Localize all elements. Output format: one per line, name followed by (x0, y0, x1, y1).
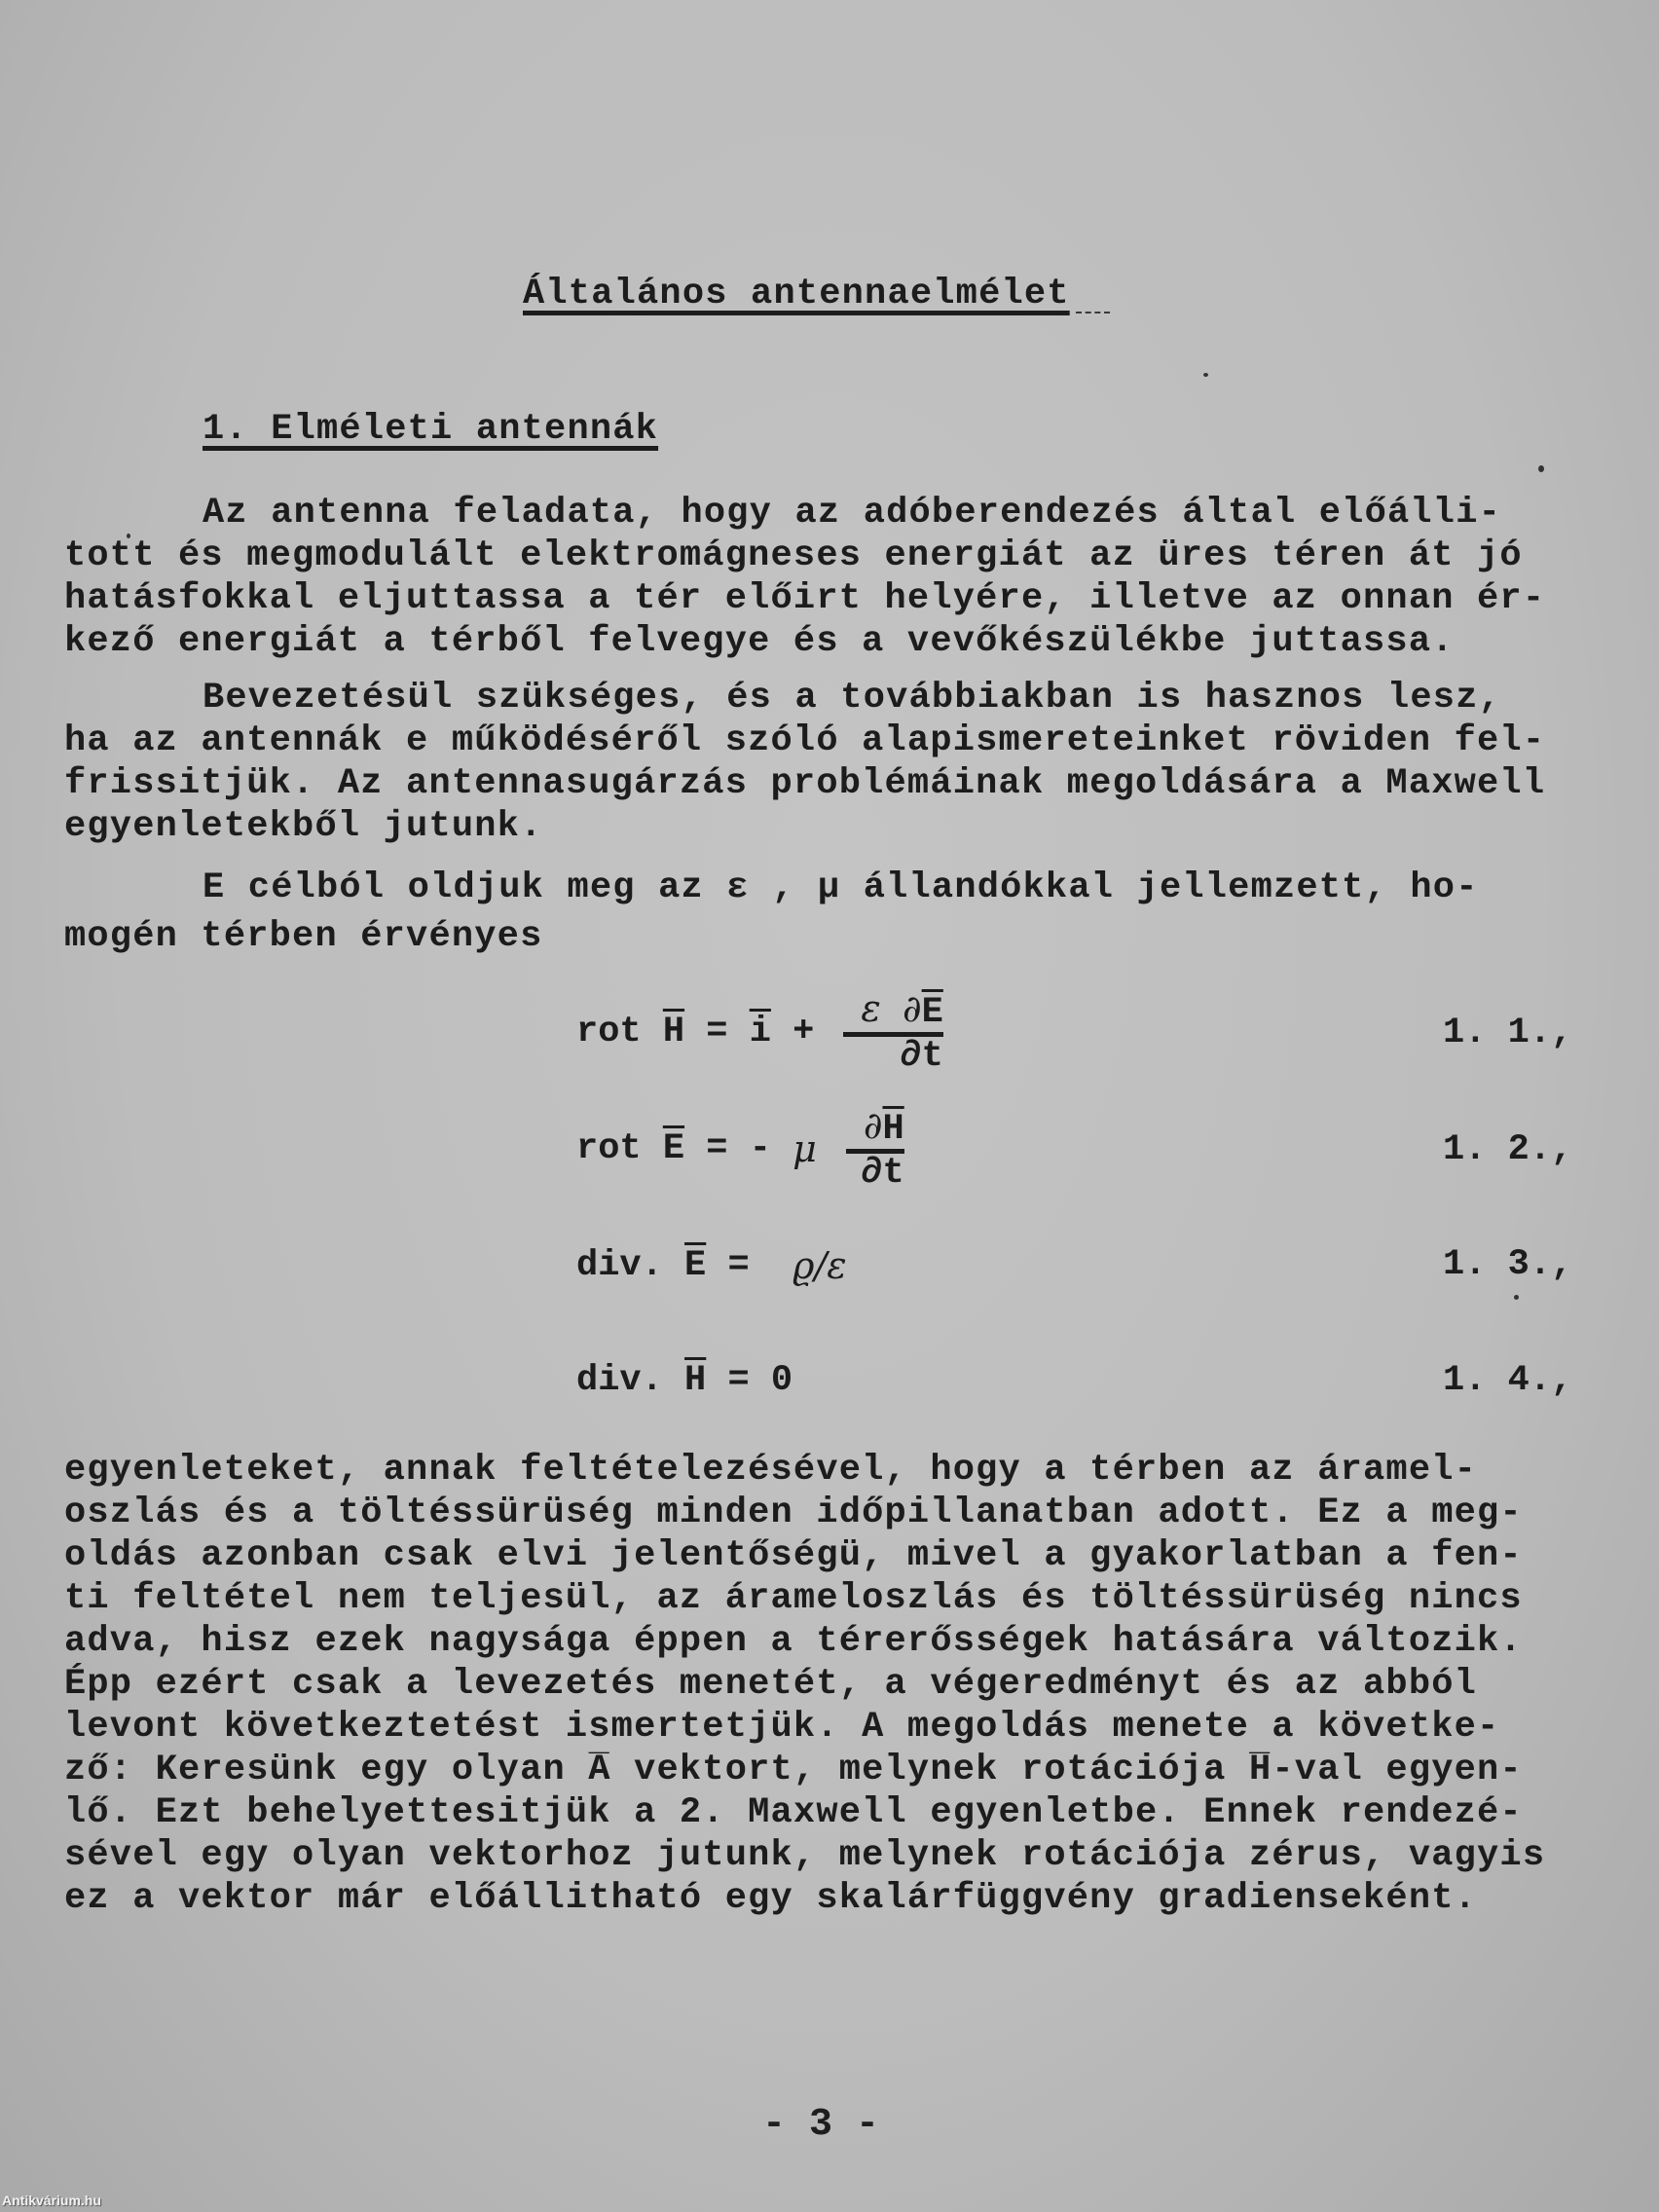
paper-speck (1514, 1295, 1519, 1300)
eq-lhs: rot (576, 1128, 642, 1169)
equation-1-1: rot H = i + ε ∂E ∂t (576, 993, 943, 1071)
paragraph-2-line: ha az antennák e működéséről szóló alapi… (64, 719, 1545, 762)
closing-paragraph-line: oldás azonban csak elvi jelentőségü, miv… (64, 1534, 1523, 1577)
eq-greek-epsilon: ε (861, 987, 880, 1030)
paragraph-2-line: egyenletekből jutunk. (64, 805, 542, 848)
paragraph-3-line: E célból oldjuk meg az ε , μ állandókkal… (203, 866, 1479, 909)
eq-frac-vector: H (882, 1109, 903, 1150)
eq-lhs: rot (576, 1012, 642, 1052)
paper-speck (127, 534, 130, 538)
eq-fraction: ε ∂E ∂t (843, 991, 943, 1074)
eq-lhs: div. (576, 1360, 663, 1401)
closing-paragraph-line: levont következtetést ismertetjük. A meg… (64, 1706, 1499, 1749)
eq-lhs-vector: E (684, 1245, 706, 1286)
eq-denominator: ∂t (900, 1037, 942, 1074)
eq-lhs-vector: H (684, 1360, 706, 1401)
eq-partial: ∂ (903, 987, 922, 1030)
equation-number: 1. 1., (1443, 1013, 1572, 1053)
eq-rho-over-epsilon: ϱ/ε (793, 1244, 847, 1287)
closing-paragraph-line: ti feltétel nem teljesül, az árameloszlá… (64, 1577, 1523, 1620)
eq-operator: = - (706, 1128, 793, 1169)
page-number: - 3 - (762, 2103, 879, 2147)
paragraph-1-line: Az antenna feladata, hogy az adóberendez… (203, 492, 1501, 535)
equation-number: 1. 4., (1443, 1360, 1572, 1401)
closing-paragraph-line: Épp ezért csak a levezetés menetét, a vé… (64, 1663, 1477, 1706)
paragraph-1-line: tott és megmodulált elektromágneses ener… (64, 535, 1523, 577)
paragraph-1-line: hatásfokkal eljuttassa a tér előirt hely… (64, 577, 1545, 620)
equation-1-3: div. E = ϱ/ε (576, 1227, 847, 1305)
equation-1-2: rot E = - μ ∂H ∂t (576, 1110, 904, 1188)
eq-lhs-vector: H (663, 1012, 684, 1052)
eq-greek-mu: μ (793, 1127, 817, 1170)
paragraph-2-line: frissitjük. Az antennasugárzás problémái… (64, 762, 1545, 805)
equation-number: 1. 2., (1443, 1129, 1572, 1170)
closing-paragraph-line: ez a vektor már előállitható egy skalárf… (64, 1877, 1477, 1920)
closing-paragraph-line: adva, hisz ezek nagysága éppen a térerős… (64, 1620, 1523, 1663)
eq-operator: = (727, 1245, 770, 1286)
scanned-page: Általános antennaelmélet 1. Elméleti ant… (0, 0, 1659, 2212)
eq-denominator: ∂t (861, 1154, 903, 1191)
eq-lhs: div. (576, 1245, 663, 1286)
title-underline-dash (1076, 312, 1110, 313)
paper-speck (1538, 465, 1544, 472)
closing-paragraph-line: oszlás és a töltéssürüség minden időpill… (64, 1492, 1523, 1534)
equation-1-4: div. H = 0 (576, 1342, 793, 1419)
eq-lhs-vector: E (663, 1128, 684, 1169)
eq-frac-vector: E (922, 992, 943, 1033)
closing-paragraph-line: egyenleteket, annak feltételezésével, ho… (64, 1449, 1477, 1492)
closing-paragraph-line: sével egy olyan vektorhoz jutunk, melyne… (64, 1834, 1545, 1877)
paper-speck (1203, 373, 1208, 377)
paragraph-3-line: mogén térben érvényes (64, 915, 542, 958)
paragraph-2-line: Bevezetésül szükséges, és a továbbiakban… (203, 677, 1501, 719)
eq-partial: ∂ (864, 1104, 883, 1147)
eq-operator: + (771, 1012, 814, 1052)
eq-rhs-vector: i (750, 1012, 771, 1052)
closing-paragraph-line: lő. Ezt behelyettesitjük a 2. Maxwell eg… (64, 1791, 1523, 1834)
closing-paragraph-line: ző: Keresünk egy olyan A̅ vektort, melyn… (64, 1749, 1523, 1791)
equation-number: 1. 3., (1443, 1244, 1572, 1285)
watermark: Antikvárium.hu (2, 2193, 101, 2208)
section-heading: 1. Elméleti antennák (203, 408, 658, 451)
paragraph-1-line: kező energiát a térből felvegye és a vev… (64, 620, 1455, 663)
eq-operator: = 0 (727, 1360, 793, 1401)
eq-fraction: ∂H ∂t (846, 1108, 904, 1191)
document-title: Általános antennaelmélet (523, 273, 1070, 315)
eq-operator: = (706, 1012, 749, 1052)
